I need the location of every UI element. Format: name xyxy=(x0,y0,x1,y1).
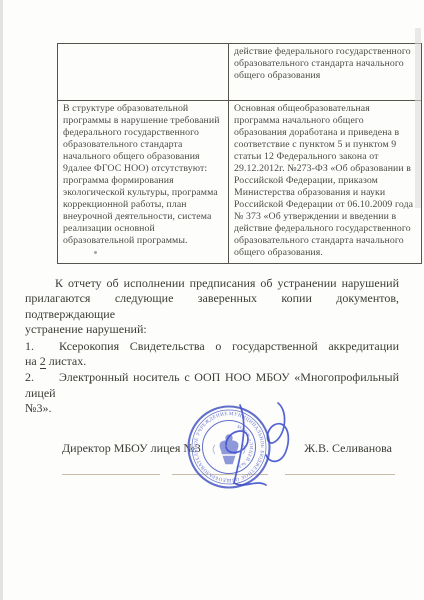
scanned-document-page: действие федерального государственного о… xyxy=(0,0,424,600)
signature-name: Ж.В. Селиванова xyxy=(304,441,392,456)
list-item-2-number: 2. xyxy=(25,370,59,385)
list-item-1-text: на xyxy=(25,354,40,368)
violations-table: действие федерального государственного о… xyxy=(57,43,422,264)
signature-line xyxy=(62,474,160,475)
list-item-2-text: №3». xyxy=(25,401,51,415)
scan-speck xyxy=(94,251,97,254)
table-row: действие федерального государственного о… xyxy=(58,44,422,101)
list-item-1-number: 1. xyxy=(25,339,59,354)
list-item-1-text: Ксерокопия Свидетельства о государственн… xyxy=(59,339,399,353)
table-cell-violation-1 xyxy=(58,44,229,101)
page-edge-shadow-right xyxy=(415,28,421,208)
list-item-1-line2: на 2 листах. xyxy=(25,354,399,369)
director-title: Директор МБОУ лицея №3 xyxy=(62,441,201,456)
intro-paragraph-line: прилагаются следующие заверенных копии д… xyxy=(25,291,399,322)
table-cell-measure-2: Основная общеобразовательная программа н… xyxy=(229,101,422,264)
stamp-and-signature-svg: МУНИЦИПАЛЬНОЕ БЮДЖЕТНОЕ ОБЩЕОБРАЗОВАТЕЛЬ… xyxy=(182,395,312,510)
intro-paragraph-line: устранение нарушений: xyxy=(25,322,399,337)
list-item-1-text: листах. xyxy=(46,354,86,368)
list-item-1: 1.Ксерокопия Свидетельства о государстве… xyxy=(25,339,399,370)
list-item-1-line1: 1.Ксерокопия Свидетельства о государстве… xyxy=(25,339,399,354)
table-cell-measure-1: действие федерального государственного о… xyxy=(229,44,422,101)
table-cell-violation-2: В структуре образовательной программы в … xyxy=(58,101,229,264)
official-stamp: МУНИЦИПАЛЬНОЕ БЮДЖЕТНОЕ ОБЩЕОБРАЗОВАТЕЛЬ… xyxy=(182,395,312,510)
scan-speck xyxy=(89,381,92,384)
signature-section: Директор МБОУ лицея №3 Ж.В. Селиванова М… xyxy=(0,441,424,551)
intro-paragraph-line: К отчету об исполнении предписания об ус… xyxy=(25,276,399,291)
table-row: В структуре образовательной программы в … xyxy=(58,101,422,264)
